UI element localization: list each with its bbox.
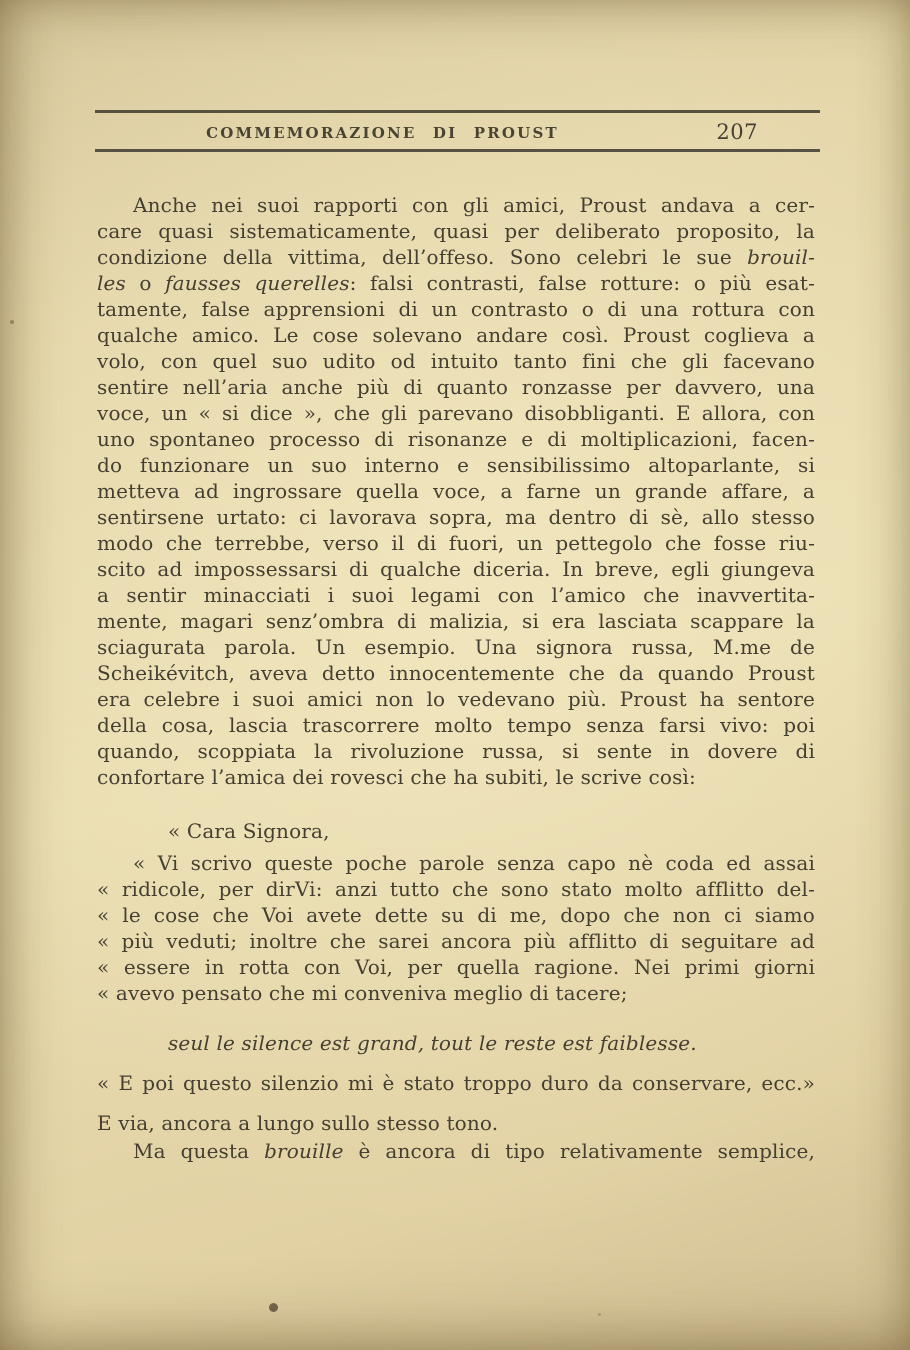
text-line: a sentir minacciati i suoi legami con l’… [97,582,815,608]
text-segment: volo, con quel suo udito od intuito tant… [97,349,815,373]
running-head: COMMEMORAZIONE DI PROUST 207 [95,110,820,152]
paragraph-brouilles: Anche nei suoi rapporti con gli amici, P… [97,192,815,790]
text-segment: : falsi contrasti, false rotture: o più … [350,271,815,295]
text-line: modo che terrebbe, verso il di fuori, un… [97,530,815,556]
french-verse: seul le silence est grand, tout le reste… [97,1030,815,1056]
text-segment: scito ad impossessarsi di qualche diceri… [97,557,815,581]
ink-speck [598,1313,601,1316]
text-line: della cosa, lascia trascorrere molto tem… [97,712,815,738]
book-page: COMMEMORAZIONE DI PROUST 207 Anche nei s… [0,0,910,1350]
text-segment: Scheikévitch, aveva detto innocentemente… [97,661,815,685]
text-segment: « le cose che Voi avete dette su di me, … [97,903,815,927]
text-line: era celebre i suoi amici non lo vedevano… [97,686,815,712]
text-segment: sentirsene urtato: ci lavorava sopra, ma… [97,505,815,529]
text-segment: « Vi scrivo queste poche parole senza ca… [133,851,815,875]
text-segment: « E poi questo silenzio mi è stato tropp… [97,1071,815,1095]
text-segment: « Cara Signora, [168,819,330,843]
coda-line-2: Ma questa brouille è ancora di tipo rela… [97,1138,815,1164]
text-line: quando, scoppiata la rivoluzione russa, … [97,738,815,764]
text-segment: sentire nell’aria anche più di quanto ro… [97,375,815,399]
text-segment: mente, magari senz’ombra di malizia, si … [97,609,815,633]
text-line: mente, magari senz’ombra di malizia, si … [97,608,815,634]
text-line: « ridicole, per dirVi: anzi tutto che so… [97,876,815,902]
italic-text: brouille [264,1139,344,1163]
text-line: tamente, false apprensioni di un contras… [97,296,815,322]
text-line: « più veduti; inoltre che sarei ancora p… [97,928,815,954]
text-line: sciagurata parola. Un esempio. Una signo… [97,634,815,660]
text-segment: « più veduti; inoltre che sarei ancora p… [97,929,815,953]
text-line: « E poi questo silenzio mi è stato tropp… [97,1070,815,1096]
text-segment: « essere in rotta con Voi, per quella ra… [97,955,815,979]
text-line: Ma questa brouille è ancora di tipo rela… [97,1138,815,1164]
ink-speck [10,320,14,324]
italic-text: brouil- [747,245,815,269]
text-line: « le cose che Voi avete dette su di me, … [97,902,815,928]
text-line: scito ad impossessarsi di qualche diceri… [97,556,815,582]
text-segment: uno spontaneo processo di risonanze e di… [97,427,815,451]
running-head-title: COMMEMORAZIONE DI PROUST [95,124,670,142]
text-line: confortare l’amica dei rovesci che ha su… [97,764,815,790]
text-line: condizione della vittima, dell’offeso. S… [97,244,815,270]
text-line: metteva ad ingrossare quella voce, a far… [97,478,815,504]
text-segment: confortare l’amica dei rovesci che ha su… [97,765,696,789]
text-line: uno spontaneo processo di risonanze e di… [97,426,815,452]
text-line: E via, ancora a lungo sullo stesso tono. [97,1110,815,1136]
ink-speck [269,1303,278,1312]
text-segment: era celebre i suoi amici non lo vedevano… [97,687,815,711]
text-line: « essere in rotta con Voi, per quella ra… [97,954,815,980]
text-segment: a sentir minacciati i suoi legami con l’… [97,583,815,607]
text-segment: « ridicole, per dirVi: anzi tutto che so… [97,877,815,901]
page-number: 207 [716,120,758,144]
text-line: care quasi sistematicamente, quasi per d… [97,218,815,244]
text-segment: o [126,271,165,295]
text-line: seul le silence est grand, tout le reste… [97,1030,815,1056]
letter-salutation: « Cara Signora, [97,818,815,844]
italic-text: seul le silence est grand, tout le reste… [168,1031,697,1055]
text-segment: Anche nei suoi rapporti con gli amici, P… [133,193,815,217]
italic-text: les [97,271,126,295]
text-line: Anche nei suoi rapporti con gli amici, P… [97,192,815,218]
text-segment: è ancora di tipo relativamente semplice, [344,1139,815,1163]
letter-body: « Vi scrivo queste poche parole senza ca… [97,850,815,1006]
text-segment: qualche amico. Le cose solevano andare c… [97,323,815,347]
text-line: les o fausses querelles: falsi contrasti… [97,270,815,296]
text-segment: do funzionare un suo interno e sensibili… [97,453,815,477]
text-line: sentirsene urtato: ci lavorava sopra, ma… [97,504,815,530]
text-segment: quando, scoppiata la rivoluzione russa, … [97,739,815,763]
coda-line-1: E via, ancora a lungo sullo stesso tono. [97,1110,815,1136]
text-segment: sciagurata parola. Un esempio. Una signo… [97,635,815,659]
text-line: « avevo pensato che mi conveniva meglio … [97,980,815,1006]
text-segment: condizione della vittima, dell’offeso. S… [97,245,747,269]
text-line: voce, un « si dice », che gli parevano d… [97,400,815,426]
text-segment: della cosa, lascia trascorrere molto tem… [97,713,815,737]
text-segment: voce, un « si dice », che gli parevano d… [97,401,815,425]
text-line: qualche amico. Le cose solevano andare c… [97,322,815,348]
text-segment: E via, ancora a lungo sullo stesso tono. [97,1111,498,1135]
text-line: « Cara Signora, [97,818,815,844]
text-line: Scheikévitch, aveva detto innocentemente… [97,660,815,686]
text-line: do funzionare un suo interno e sensibili… [97,452,815,478]
page-body: Anche nei suoi rapporti con gli amici, P… [97,192,815,1164]
text-line: « Vi scrivo queste poche parole senza ca… [97,850,815,876]
text-segment: « avevo pensato che mi conveniva meglio … [97,981,628,1005]
text-segment: Ma questa [133,1139,264,1163]
text-segment: tamente, false apprensioni di un contras… [97,297,815,321]
text-segment: modo che terrebbe, verso il di fuori, un… [97,531,815,555]
text-line: sentire nell’aria anche più di quanto ro… [97,374,815,400]
text-line: volo, con quel suo udito od intuito tant… [97,348,815,374]
letter-close: « E poi questo silenzio mi è stato tropp… [97,1070,815,1096]
text-segment: metteva ad ingrossare quella voce, a far… [97,479,815,503]
italic-text: fausses querelles [165,271,350,295]
text-segment: care quasi sistematicamente, quasi per d… [97,219,815,243]
